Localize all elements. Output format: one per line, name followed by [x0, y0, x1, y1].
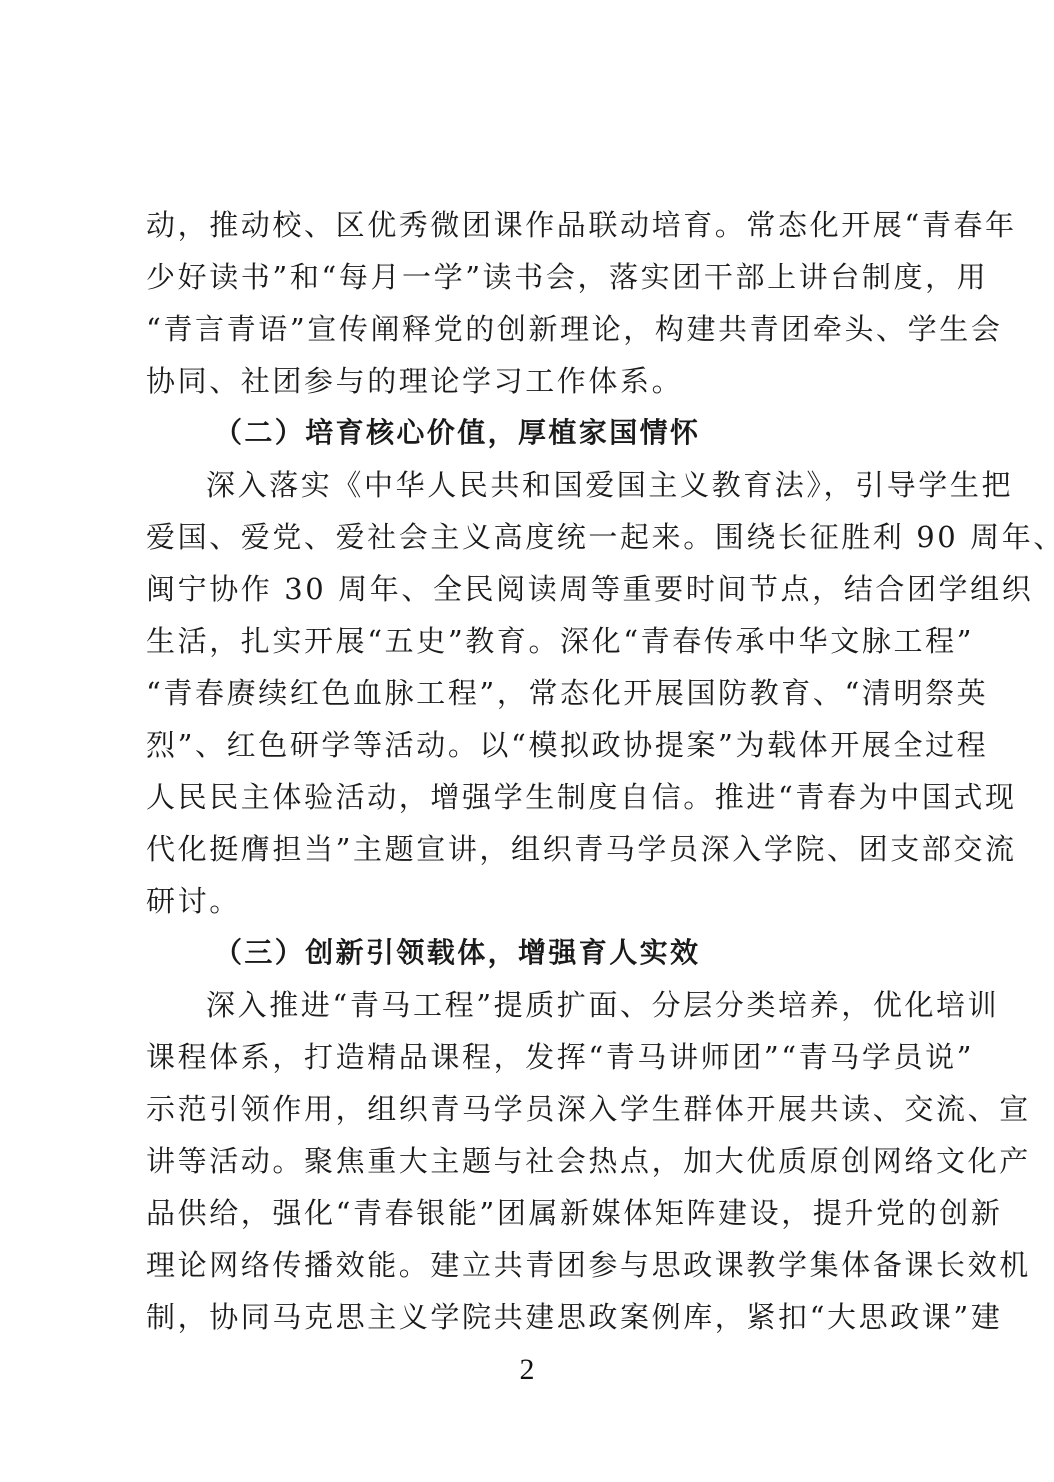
text-line: 讲等活动。聚焦重大主题与社会热点，加大优质原创网络文化产 — [146, 1135, 946, 1187]
text-line: 烈”、红色研学等活动。以“模拟政协提案”为载体开展全过程 — [146, 719, 946, 771]
text-line: 闽宁协作 30 周年、全民阅读周等重要时间节点，结合团学组织 — [146, 563, 946, 615]
text-line: 制，协同马克思主义学院共建思政案例库，紧扣“大思政课”建 — [146, 1291, 946, 1343]
text-line: 示范引领作用，组织青马学员深入学生群体开展共读、交流、宣 — [146, 1083, 946, 1135]
text-line: 品供给，强化“青春银能”团属新媒体矩阵建设，提升党的创新 — [146, 1187, 946, 1239]
section-heading: （二）培育核心价值，厚植家国情怀 — [146, 407, 946, 459]
text-line: 研讨。 — [146, 875, 946, 927]
document-page: 动，推动校、区优秀微团课作品联动培育。常态化开展“青春年 少好读书”和“每月一学… — [0, 0, 1054, 1482]
document-body: 动，推动校、区优秀微团课作品联动培育。常态化开展“青春年 少好读书”和“每月一学… — [146, 199, 946, 1343]
text-line: 动，推动校、区优秀微团课作品联动培育。常态化开展“青春年 — [146, 199, 946, 251]
text-line: 生活，扎实开展“五史”教育。深化“青春传承中华文脉工程” — [146, 615, 946, 667]
text-line: 深入推进“青马工程”提质扩面、分层分类培养，优化培训 — [146, 979, 946, 1031]
text-line: 人民民主体验活动，增强学生制度自信。推进“青春为中国式现 — [146, 771, 946, 823]
text-line: “青春赓续红色血脉工程”，常态化开展国防教育、“清明祭英 — [146, 667, 946, 719]
text-line: 深入落实《中华人民共和国爱国主义教育法》，引导学生把 — [146, 459, 946, 511]
page-number: 2 — [0, 1353, 1054, 1387]
text-line: 少好读书”和“每月一学”读书会，落实团干部上讲台制度，用 — [146, 251, 946, 303]
text-line: 代化挺膺担当”主题宣讲，组织青马学员深入学院、团支部交流 — [146, 823, 946, 875]
text-line: 课程体系，打造精品课程，发挥“青马讲师团”“青马学员说” — [146, 1031, 946, 1083]
text-line: 理论网络传播效能。建立共青团参与思政课教学集体备课长效机 — [146, 1239, 946, 1291]
section-heading: （三）创新引领载体，增强育人实效 — [146, 927, 946, 979]
text-line: “青言青语”宣传阐释党的创新理论，构建共青团牵头、学生会 — [146, 303, 946, 355]
text-line: 爱国、爱党、爱社会主义高度统一起来。围绕长征胜利 90 周年、 — [146, 511, 946, 563]
text-line: 协同、社团参与的理论学习工作体系。 — [146, 355, 946, 407]
